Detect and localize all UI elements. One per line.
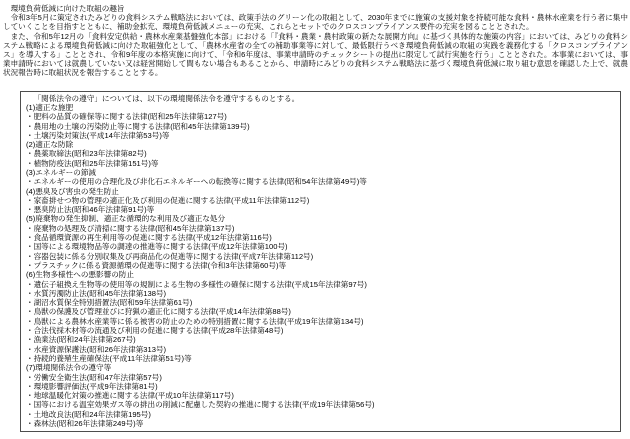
law-section-heading: (4)悪臭及び害虫の発生防止 [26,187,615,196]
paragraph-2: また、令和5年12月の「食料安定供給・農林水産業基盤強化本部」における「『食料・… [3,32,628,78]
law-item: ・プラスチックに係る資源循環の促進等に関する法律(令和3年法律第60号)等 [26,261,615,270]
law-item: ・容器包装に係る分別収集及び再商品化の促進等に関する法律(平成7年法律第112号… [26,252,615,261]
law-item: ・労働安全衛生法(昭和47年法律第57号) [26,373,615,382]
law-item: ・肥料の品質の確保等に関する法律(昭和25年法律第127号) [26,112,615,121]
law-box-intro: 「関係法令の遵守」については、以下の環境関係法令を遵守するものとする。 [26,94,615,103]
law-item: ・水産資源保護法(昭和26年法律第313号) [26,345,615,354]
law-item: ・合法伐採木材等の流通及び利用の促進に関する法律(平成28年法律第48号) [26,326,615,335]
law-item: ・農薬取締法(昭和23年法律第82号) [26,149,615,158]
law-item: ・湖沼水質保全特別措置法(昭和59年法律第61号) [26,298,615,307]
law-item: ・土壌汚染対策法(平成14年法律第53号)等 [26,131,615,140]
law-item: ・廃棄物の処理及び清掃に関する法律(昭和45年法律第137号) [26,224,615,233]
law-item: ・国等における温室効果ガス等の排出の削減に配慮した契約の推進に関する法律(平成1… [26,400,615,409]
law-section-heading: (3)エネルギーの節減 [26,168,615,177]
law-item: ・植物防疫法(昭和25年法律第151号)等 [26,159,615,168]
related-laws-box: 「関係法令の遵守」については、以下の環境関係法令を遵守するものとする。 (1)適… [20,91,621,433]
law-item: ・遺伝子組換え生物等の使用等の規制による生物の多様性の確保に関する法律(平成15… [26,280,615,289]
law-item: ・漁業法(昭和24年法律第267号) [26,335,615,344]
law-item: ・鳥獣の保護及び管理並びに狩猟の適正化に関する法律(平成14年法律第88号) [26,307,615,316]
law-item: ・環境影響評価法(平成9年法律第81号) [26,382,615,391]
law-item: ・食品循環資源の再生利用等の促進に関する法律(平成12年法律第116号) [26,233,615,242]
law-section-heading: (7)環境関係法令の遵守等 [26,363,615,372]
law-item: ・農用地の土壌の汚染防止等に関する法律(昭和45年法律第139号) [26,122,615,131]
law-section-heading: (2)適正な防除 [26,140,615,149]
document: 環境負荷低減に向けた取組の趣旨 令和3年5月に策定されたみどりの食料システム戦略… [0,0,630,432]
law-item: ・鳥獣による農林水産業等に係る被害の防止のための特別措置に関する法律(平成19年… [26,317,615,326]
law-section-heading: (1)適正な施肥 [26,103,615,112]
law-item: ・持続的養殖生産確保法(平成11年法律第51号)等 [26,354,615,363]
law-item: ・エネルギーの使用の合理化及び非化石エネルギーへの転換等に関する法律(昭和54年… [26,177,615,186]
law-section-heading: (5)廃棄物の発生抑制、適正な循環的な利用及び適正な処分 [26,214,615,223]
law-item: ・土地改良法(昭和24年法律第195号) [26,410,615,419]
page-title: 環境負荷低減に向けた取組の趣旨 [3,4,628,13]
law-item: ・国等による環境物品等の調達の推進等に関する法律(平成12年法律第100号) [26,242,615,251]
law-item: ・家畜排せつ物の管理の適正化及び利用の促進に関する法律(平成11年法律第112号… [26,196,615,205]
law-list: (1)適正な施肥・肥料の品質の確保等に関する法律(昭和25年法律第127号)・農… [26,103,615,428]
law-item: ・地球温暖化対策の推進に関する法律(平成10年法律第117号) [26,391,615,400]
law-item: ・水質汚濁防止法(昭和45年法律第138号) [26,289,615,298]
law-item: ・悪臭防止法(昭和46年法律第91号)等 [26,205,615,214]
law-section-heading: (6)生物多様性への悪影響の防止 [26,270,615,279]
paragraph-1: 令和3年5月に策定されたみどりの食料システム戦略法においては、政策手法のグリーン… [3,13,628,31]
law-item: ・森林法(昭和26年法律第249号)等 [26,419,615,428]
